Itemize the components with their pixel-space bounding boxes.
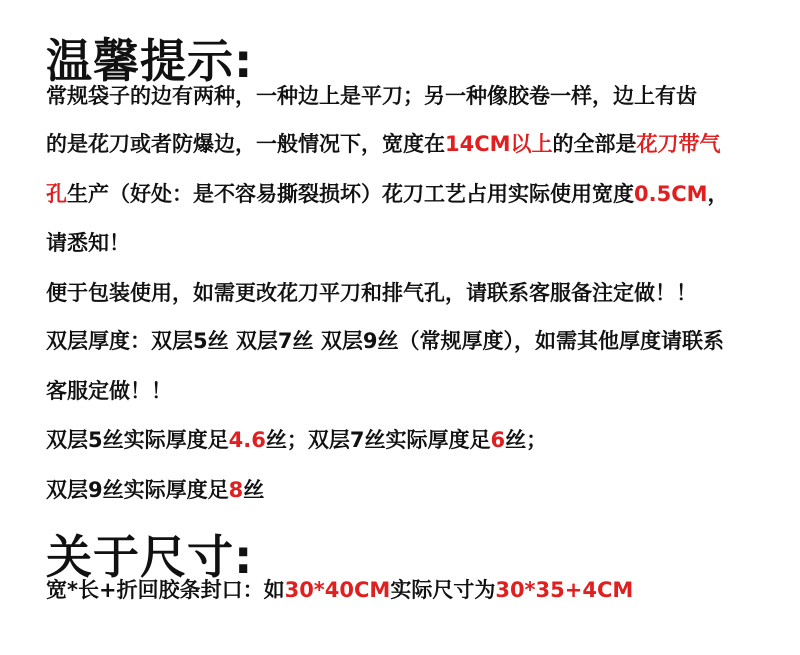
tip-line-5: 便于包装使用，如需更改花刀平刀和排气孔，请联系客服备注定做！！: [46, 283, 697, 304]
text-segment: ，: [708, 182, 729, 206]
text-segment: 请悉知！: [46, 231, 130, 255]
text-segment: 实际尺寸为: [390, 578, 495, 602]
highlight-hole: 孔: [46, 182, 67, 206]
highlight-example-size: 30*40CM: [285, 578, 391, 602]
text-segment: 便于包装使用，如需更改花刀平刀和排气孔，请联系客服备注定做！！: [46, 281, 697, 305]
size-line-1: 宽*长+折回胶条封口：如30*40CM实际尺寸为30*35+4CM: [46, 580, 633, 601]
text-segment: 常规袋子的边有两种，一种边上是平刀；另一种像胶卷一样，边上有齿: [46, 84, 697, 108]
tip-line-4: 请悉知！: [46, 233, 130, 254]
text-segment: 双层5丝实际厚度足: [46, 428, 229, 452]
highlight-actual-size: 30*35+4CM: [495, 578, 633, 602]
tip-line-6: 双层厚度：双层5丝 双层7丝 双层9丝（常规厚度），如需其他厚度请联系: [46, 331, 724, 352]
text-segment: 丝: [243, 478, 264, 502]
highlight-width: 14CM以上: [445, 132, 553, 156]
tip-line-8: 双层5丝实际厚度足4.6丝；双层7丝实际厚度足6丝；: [46, 430, 547, 451]
tip-line-2: 的是花刀或者防爆边，一般情况下，宽度在14CM以上的全部是花刀带气: [46, 134, 721, 155]
tip-line-1: 常规袋子的边有两种，一种边上是平刀；另一种像胶卷一样，边上有齿: [46, 86, 697, 107]
highlight-width-used: 0.5CM: [634, 182, 708, 206]
tip-line-7: 客服定做！！: [46, 381, 172, 402]
size-heading: 关于尺寸:: [46, 534, 253, 580]
highlight-thickness-7: 6: [490, 428, 505, 452]
tips-heading: 温馨提示:: [46, 38, 253, 84]
text-segment: 的全部是: [553, 132, 637, 156]
text-segment: 双层9丝实际厚度足: [46, 478, 229, 502]
text-segment: 生产（好处：是不容易撕裂损坏）花刀工艺占用实际使用宽度: [67, 182, 634, 206]
highlight-thickness-5: 4.6: [229, 428, 266, 452]
text-segment: 的是花刀或者防爆边，一般情况下，宽度在: [46, 132, 445, 156]
highlight-thickness-9: 8: [229, 478, 244, 502]
text-segment: 宽*长+折回胶条封口：如: [46, 578, 285, 602]
text-segment: 丝；: [505, 428, 547, 452]
text-segment: 双层厚度：双层5丝 双层7丝 双层9丝（常规厚度），如需其他厚度请联系: [46, 329, 724, 353]
text-segment: 丝；双层7丝实际厚度足: [266, 428, 491, 452]
text-segment: 客服定做！！: [46, 379, 172, 403]
tip-line-3: 孔生产（好处：是不容易撕裂损坏）花刀工艺占用实际使用宽度0.5CM，: [46, 184, 729, 205]
highlight-perforated: 花刀带气: [637, 132, 721, 156]
tip-line-9: 双层9丝实际厚度足8丝: [46, 480, 264, 501]
